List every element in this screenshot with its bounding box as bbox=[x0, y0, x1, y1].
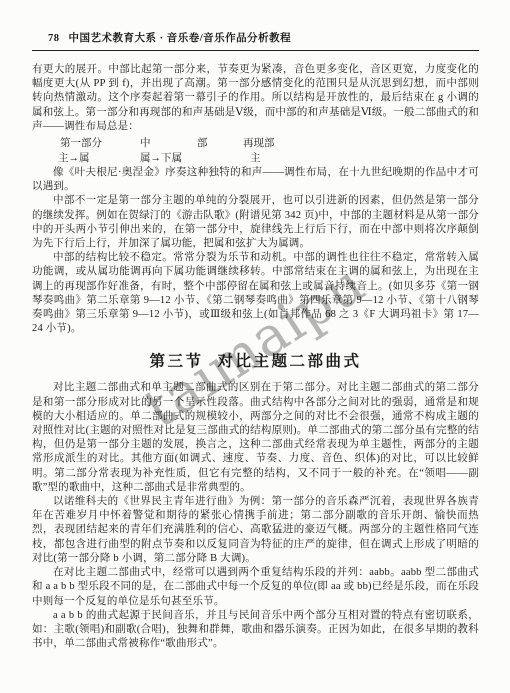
header-book-title: 中国艺术教育大系 · 音乐卷/音乐作品分析教程 bbox=[69, 30, 292, 45]
page-body: 有更大的展开。中部比起第一部分来，节奏更为紧凑，音色更多变化，音区更宽，力度变化… bbox=[32, 63, 479, 651]
running-header: 78 中国艺术教育大系 · 音乐卷/音乐作品分析教程 bbox=[32, 30, 479, 51]
section-heading: 第三节对比主题二部曲式 bbox=[32, 349, 479, 371]
paragraph-novikov: 以诺维科夫的《世界民主青年进行曲》为例：第一部分的音乐森严沉着，表现世界各族青年… bbox=[32, 495, 479, 566]
tonal-middle-keys: 属→下属 bbox=[140, 150, 182, 165]
paragraph-aabb-origin: a a b b 的曲式起源于民间音乐，并且与民间音乐中两个部分互相对置的特点有密… bbox=[32, 609, 479, 652]
paragraph-middle-theme: 中部不一定是第一部分主题的单纯的分裂展开，也可以引进新的因素，但仍然是第一部分的… bbox=[32, 194, 479, 251]
tonal-reprise-label: 再现部 bbox=[243, 135, 275, 150]
paragraph-contrast: 对比主题二部曲式和单主题二部曲式的区别在于第二部分。对比主题二部曲式的第二部分是… bbox=[32, 381, 479, 495]
section-number: 第三节 bbox=[149, 353, 203, 370]
tonal-part1-label: 第一部分 bbox=[60, 135, 102, 150]
page-number: 78 bbox=[48, 33, 60, 44]
tonal-middle-label-right: 部 bbox=[197, 135, 208, 150]
tonal-reprise-keys: 主 bbox=[250, 150, 261, 165]
book-page: 78 中国艺术教育大系 · 音乐卷/音乐作品分析教程 有更大的展开。中部比起第一… bbox=[0, 0, 510, 693]
section-title: 对比主题二部曲式 bbox=[218, 353, 362, 370]
paragraph-middle-structure: 中部的结构比较不稳定。常常分裂为乐节和动机。中部的调性也往往不稳定，常常转入属功… bbox=[32, 251, 479, 336]
tonal-middle-label-left: 中 bbox=[140, 135, 151, 150]
paragraph-intro: 有更大的展开。中部比起第一部分来，节奏更为紧凑，音色更多变化，音区更宽，力度变化… bbox=[32, 63, 479, 134]
paragraph-onegin: 像《叶夫根尼·奥涅金》序奏这种独特的和声——调性布局，在十九世纪晚期的作品中才可… bbox=[32, 166, 479, 194]
tonal-scheme-diagram: 第一部分 中 部 再现部 主→属 属→下属 主 bbox=[32, 135, 479, 165]
tonal-part1-keys: 主→属 bbox=[58, 150, 90, 165]
paragraph-aabb: 在对比主题二部曲式中，经常可以遇到两个重复结构乐段的并列：aabb。aabb 型… bbox=[32, 566, 479, 609]
